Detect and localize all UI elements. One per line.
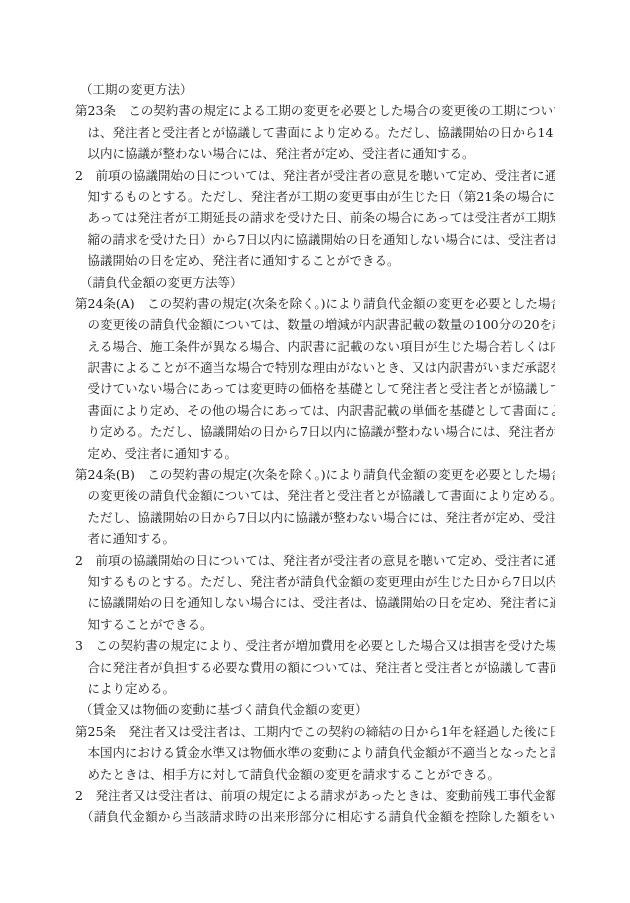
paragraph: 第23条 この契約書の規定による工期の変更を必要とした場合の変更後の工期について… (75, 100, 555, 164)
paragraph: 第24条(A) この契約書の規定(次条を除く。)により請負代金額の変更を必要とし… (75, 293, 555, 464)
text-line: （請負代金額から当該請求時の出来形部分に相応する請負代金額を控除した額をい (75, 806, 555, 827)
text-line: 知するものとする。ただし、発注者が請負代金額の変更理由が生じた日から7日以内 (75, 571, 555, 592)
text-line: 以内に協議が整わない場合には、発注者が定め、受注者に通知する。 (75, 143, 555, 164)
paragraph: 2 発注者又は受注者は、前項の規定による請求があったときは、変動前残工事代金額（… (75, 785, 555, 828)
text-line: 2 前項の協議開始の日については、発注者が受注者の意見を聴いて定め、受注者に通 (75, 165, 555, 186)
text-line: ただし、協議開始の日から7日以内に協議が整わない場合には、発注者が定め、受注 (75, 507, 555, 528)
text-line: 受けていない場合にあっては変更時の価格を基礎として発注者と受注者とが協議して (75, 378, 555, 399)
text-line: 知することができる。 (75, 614, 555, 635)
text-line: の変更後の請負代金額については、数量の増減が内訳書記載の数量の100分の20を超 (75, 314, 555, 335)
text-line: は、発注者と受注者とが協議して書面により定める。ただし、協議開始の日から14日 (75, 122, 555, 143)
section-heading: （請負代金額の変更方法等） (75, 272, 555, 293)
text-line: 知するものとする。ただし、発注者が工期の変更事由が生じた日（第21条の場合に (75, 186, 555, 207)
text-line: り定める。ただし、協議開始の日から7日以内に協議が整わない場合には、発注者が (75, 421, 555, 442)
text-line: 2 発注者又は受注者は、前項の規定による請求があったときは、変動前残工事代金額 (75, 785, 555, 806)
text-line: 訳書によることが不適当な場合で特別な理由がないとき、又は内訳書がいまだ承認を (75, 357, 555, 378)
text-line: 2 前項の協議開始の日については、発注者が受注者の意見を聴いて定め、受注者に通 (75, 550, 555, 571)
section-heading: （工期の変更方法） (75, 79, 555, 100)
text-line: える場合、施工条件が異なる場合、内訳書に記載のない項目が生じた場合若しくは内 (75, 336, 555, 357)
text-line: により定める。 (75, 678, 555, 699)
text-line: 協議開始の日を定め、発注者に通知することができる。 (75, 250, 555, 271)
text-line: 第24条(B) この契約書の規定(次条を除く。)により請負代金額の変更を必要とし… (75, 464, 555, 485)
text-line: に協議開始の日を通知しない場合には、受注者は、協議開始の日を定め、発注者に通 (75, 592, 555, 613)
text-line: あっては発注者が工期延長の請求を受けた日、前条の場合にあっては受注者が工期短 (75, 207, 555, 228)
paragraph: 2 前項の協議開始の日については、発注者が受注者の意見を聴いて定め、受注者に通知… (75, 550, 555, 636)
text-line: の変更後の請負代金額については、発注者と受注者とが協議して書面により定める。 (75, 485, 555, 506)
contract-page: （工期の変更方法）第23条 この契約書の規定による工期の変更を必要とした場合の変… (0, 0, 630, 903)
paragraph: 第25条 発注者又は受注者は、工期内でこの契約の締結の日から1年を経過した後に日… (75, 721, 555, 785)
text-line: めたときは、相手方に対して請負代金額の変更を請求することができる。 (75, 764, 555, 785)
text-line: （請負代金額の変更方法等） (75, 272, 555, 293)
text-line: 3 この契約書の規定により、受注者が増加費用を必要とした場合又は損害を受けた場 (75, 635, 555, 656)
text-line: （賃金又は物価の変動に基づく請負代金額の変更） (75, 699, 555, 720)
paragraph: 2 前項の協議開始の日については、発注者が受注者の意見を聴いて定め、受注者に通知… (75, 165, 555, 272)
section-heading: （賃金又は物価の変動に基づく請負代金額の変更） (75, 699, 555, 720)
text-line: 定め、受注者に通知する。 (75, 443, 555, 464)
text-line: 書面により定め、その他の場合にあっては、内訳書記載の単価を基礎として書面によ (75, 400, 555, 421)
document-page: { "page": { "background": "#ffffff", "te… (0, 0, 630, 903)
text-line: 第23条 この契約書の規定による工期の変更を必要とした場合の変更後の工期について (75, 100, 555, 121)
text-line: 本国内における賃金水準又は物価水準の変動により請負代金額が不適当となったと認 (75, 742, 555, 763)
text-line: 者に通知する。 (75, 528, 555, 549)
document-body: （工期の変更方法）第23条 この契約書の規定による工期の変更を必要とした場合の変… (75, 79, 555, 828)
text-line: 第24条(A) この契約書の規定(次条を除く。)により請負代金額の変更を必要とし… (75, 293, 555, 314)
paragraph: 第24条(B) この契約書の規定(次条を除く。)により請負代金額の変更を必要とし… (75, 464, 555, 550)
text-line: 合に発注者が負担する必要な費用の額については、発注者と受注者とが協議して書面 (75, 657, 555, 678)
text-line: （工期の変更方法） (75, 79, 555, 100)
text-line: 縮の請求を受けた日）から7日以内に協議開始の日を通知しない場合には、受注者は、 (75, 229, 555, 250)
text-line: 第25条 発注者又は受注者は、工期内でこの契約の締結の日から1年を経過した後に日 (75, 721, 555, 742)
paragraph: 3 この契約書の規定により、受注者が増加費用を必要とした場合又は損害を受けた場合… (75, 635, 555, 699)
